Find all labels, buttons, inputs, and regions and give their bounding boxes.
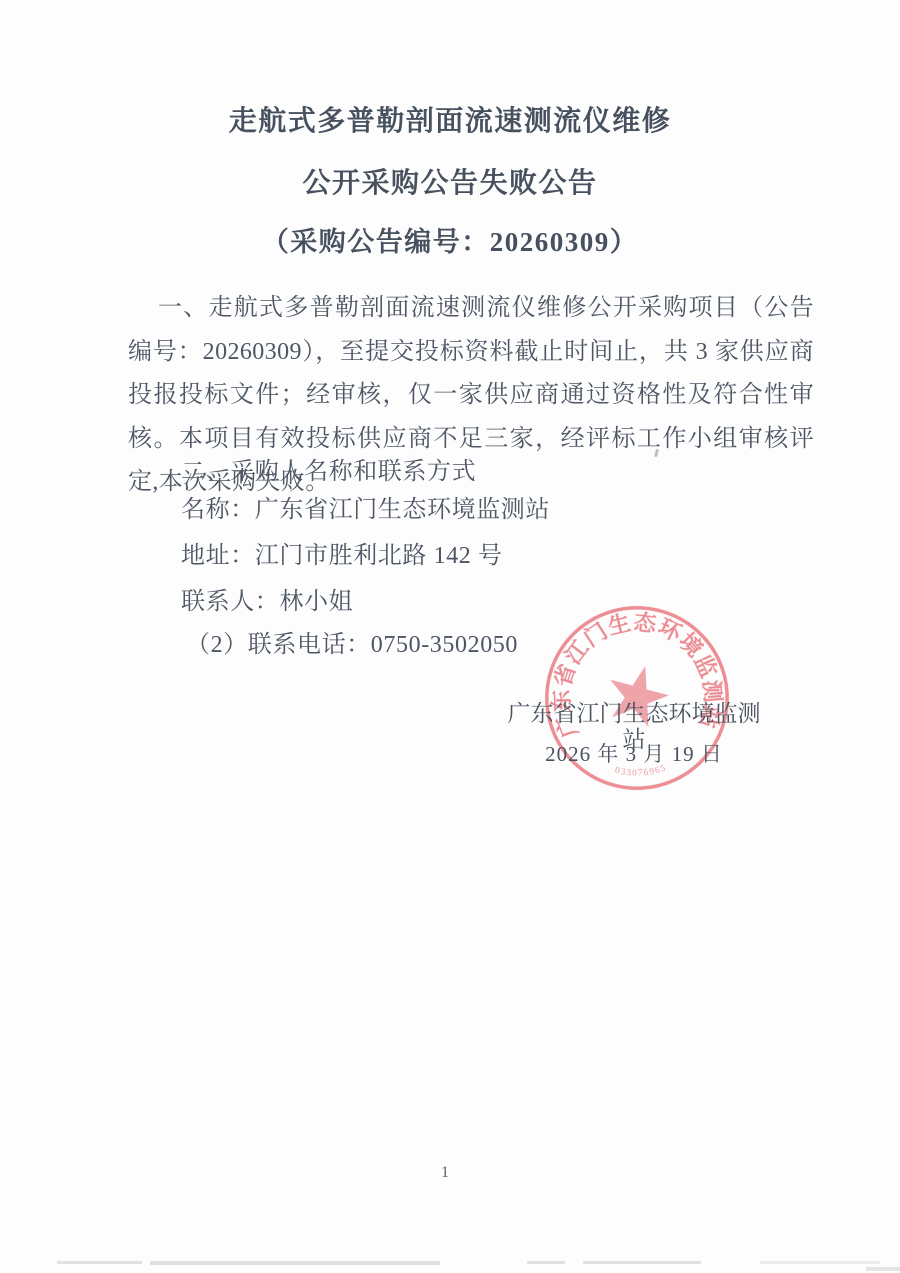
scan-artifact-line xyxy=(583,1261,701,1264)
contact-name-line: 名称：广东省江门生态环境监测站 xyxy=(181,497,550,525)
contact-person-line: 联系人：林小姐 xyxy=(181,589,353,617)
scan-artifact-line xyxy=(57,1261,142,1264)
contact-phone-line: （2）联系电话：0750-3502050 xyxy=(186,632,518,660)
contact-address-line: 地址：江门市胜利北路 142 号 xyxy=(181,543,503,571)
scan-artifact-line xyxy=(866,1267,900,1271)
doc-title-line1: 走航式多普勒剖面流速测流仪维修 xyxy=(0,108,900,136)
scan-artifact-line xyxy=(150,1261,440,1265)
page-number: 1 xyxy=(0,1164,890,1182)
official-seal-stamp: 广东省江门生态环境监测站 033076965 xyxy=(535,596,739,800)
doc-title-announcement-number: （采购公告编号：20260309） xyxy=(0,229,900,256)
section2-heading: 二、采购人名称和联系方式 xyxy=(181,459,476,487)
doc-title-line2: 公开采购公告失败公告 xyxy=(0,170,900,198)
scanned-document-page: 走航式多普勒剖面流速测流仪维修 公开采购公告失败公告 （采购公告编号：20260… xyxy=(0,0,900,1273)
signature-date: 2026 年 3 月 19 日 xyxy=(498,742,770,766)
scan-artifact-line xyxy=(760,1261,880,1264)
scan-artifact-line xyxy=(527,1261,565,1264)
